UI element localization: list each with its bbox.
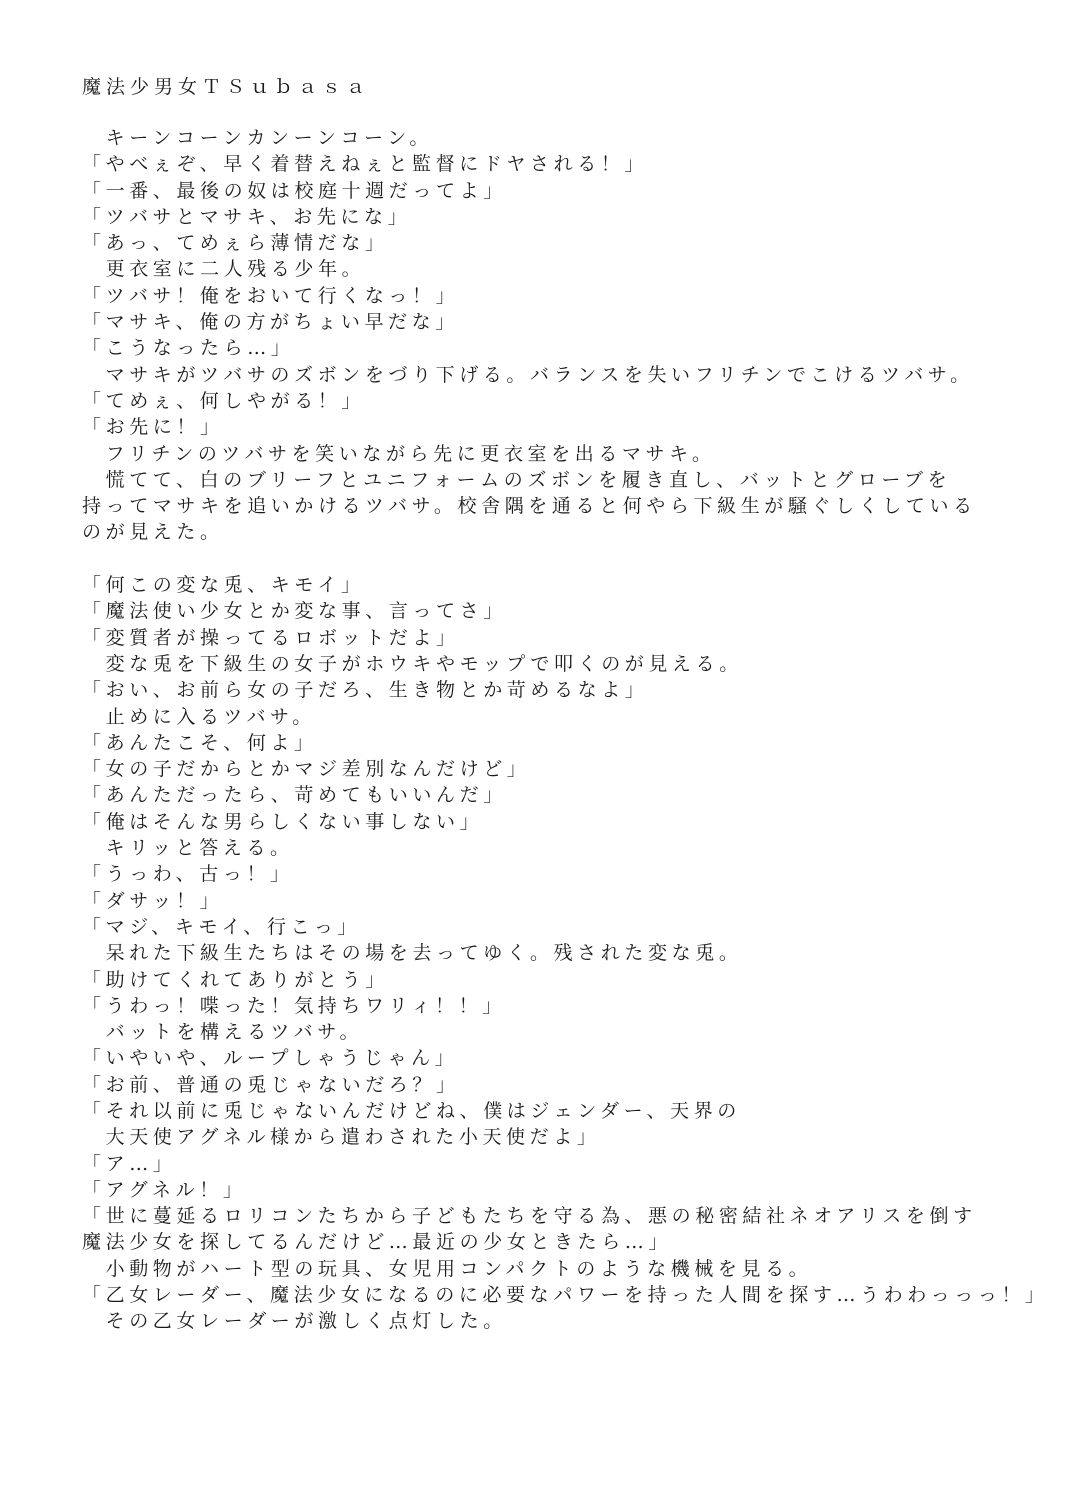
text-line: マサキがツバサのズボンをづり下げる。バランスを失いフリチンでこけるツバサ。 [82, 362, 1042, 388]
text-line: 更衣室に二人残る少年。 [82, 256, 1042, 282]
text-line: 「俺はそんな男らしくない事しない」 [82, 809, 1042, 835]
text-line: 「うっわ、古っ！」 [82, 861, 1042, 887]
text-line: 「いやいや、ループしゃうじゃん」 [82, 1045, 1042, 1071]
text-line: 「世に蔓延るロリコンたちから子どもたちを守る為、悪の秘密結社ネオアリスを倒す [82, 1203, 1042, 1229]
text-line: 「てめぇ、何しやがる！」 [82, 388, 1042, 414]
text-line: 「魔法使い少女とか変な事、言ってさ」 [82, 598, 1042, 624]
text-line: のが見えた。 [82, 519, 1042, 545]
text-line: 魔法少女を探してるんだけど…最近の少女ときたら…」 [82, 1229, 1042, 1255]
text-line: 「お前、普通の兎じゃないだろ？」 [82, 1072, 1042, 1098]
document-body: キーンコーンカンーンコーン。 「やべぇぞ、早く着替えねぇと監督にドヤされる！」 … [82, 125, 1042, 1335]
blank-line [82, 546, 1042, 572]
text-line: 「こうなったら…」 [82, 335, 1042, 361]
text-line: 「ツバサ！俺をおいて行くなっ！」 [82, 283, 1042, 309]
text-line: バットを構えるツバサ。 [82, 1019, 1042, 1045]
text-line: 小動物がハート型の玩具、女児用コンパクトのような機械を見る。 [82, 1256, 1042, 1282]
text-line: 変な兎を下級生の女子がホウキやモップで叩くのが見える。 [82, 651, 1042, 677]
text-line: 「ダサッ！」 [82, 888, 1042, 914]
text-line: 「変質者が操ってるロボットだよ」 [82, 625, 1042, 651]
text-line: 止めに入るツバサ。 [82, 704, 1042, 730]
text-line: 呆れた下級生たちはその場を去ってゆく。残された変な兎。 [82, 940, 1042, 966]
document-page: 魔法少男女ＴＳｕｂａｓａ キーンコーンカンーンコーン。 「やべぇぞ、早く着替えね… [82, 74, 1042, 1335]
text-line: 「女の子だからとかマジ差別なんだけど」 [82, 756, 1042, 782]
text-line: 「助けてくれてありがとう」 [82, 967, 1042, 993]
text-line: 「ツバサとマサキ、お先にな」 [82, 204, 1042, 230]
text-line: 持ってマサキを追いかけるツバサ。校舎隅を通ると何やら下級生が騒ぐしくしている [82, 493, 1042, 519]
text-line: 「あんたこそ、何よ」 [82, 730, 1042, 756]
text-line: 「乙女レーダー、魔法少女になるのに必要なパワーを持った人間を探す…うわわっっっ！… [82, 1282, 1042, 1308]
text-line: 「ア…」 [82, 1151, 1042, 1177]
text-line: キリッと答える。 [82, 835, 1042, 861]
text-line: フリチンのツバサを笑いながら先に更衣室を出るマサキ。 [82, 441, 1042, 467]
text-line: 慌てて、白のブリーフとユニフォームのズボンを履き直し、バットとグローブを [82, 467, 1042, 493]
text-line: その乙女レーダーが激しく点灯した。 [82, 1308, 1042, 1334]
text-line: 「うわっ！喋った！気持ちワリィ！！」 [82, 993, 1042, 1019]
text-line: 「お先に！」 [82, 414, 1042, 440]
text-line: 「おい、お前ら女の子だろ、生き物とか苛めるなよ」 [82, 677, 1042, 703]
text-line: 「マジ、キモイ、行こっ」 [82, 914, 1042, 940]
text-line: 「アグネル！」 [82, 1177, 1042, 1203]
text-line: 「何この変な兎、キモイ」 [82, 572, 1042, 598]
text-line: キーンコーンカンーンコーン。 [82, 125, 1042, 151]
text-line: 「一番、最後の奴は校庭十週だってよ」 [82, 178, 1042, 204]
text-line: 「やべぇぞ、早く着替えねぇと監督にドヤされる！」 [82, 151, 1042, 177]
text-line: 「あんただったら、苛めてもいいんだ」 [82, 782, 1042, 808]
text-line: 大天使アグネル様から遣わされた小天使だよ」 [82, 1124, 1042, 1150]
text-line: 「あっ、てめぇら薄情だな」 [82, 230, 1042, 256]
text-line: 「それ以前に兎じゃないんだけどね、僕はジェンダー、天界の [82, 1098, 1042, 1124]
text-line: 「マサキ、俺の方がちょい早だな」 [82, 309, 1042, 335]
document-title: 魔法少男女ＴＳｕｂａｓａ [82, 74, 1042, 100]
